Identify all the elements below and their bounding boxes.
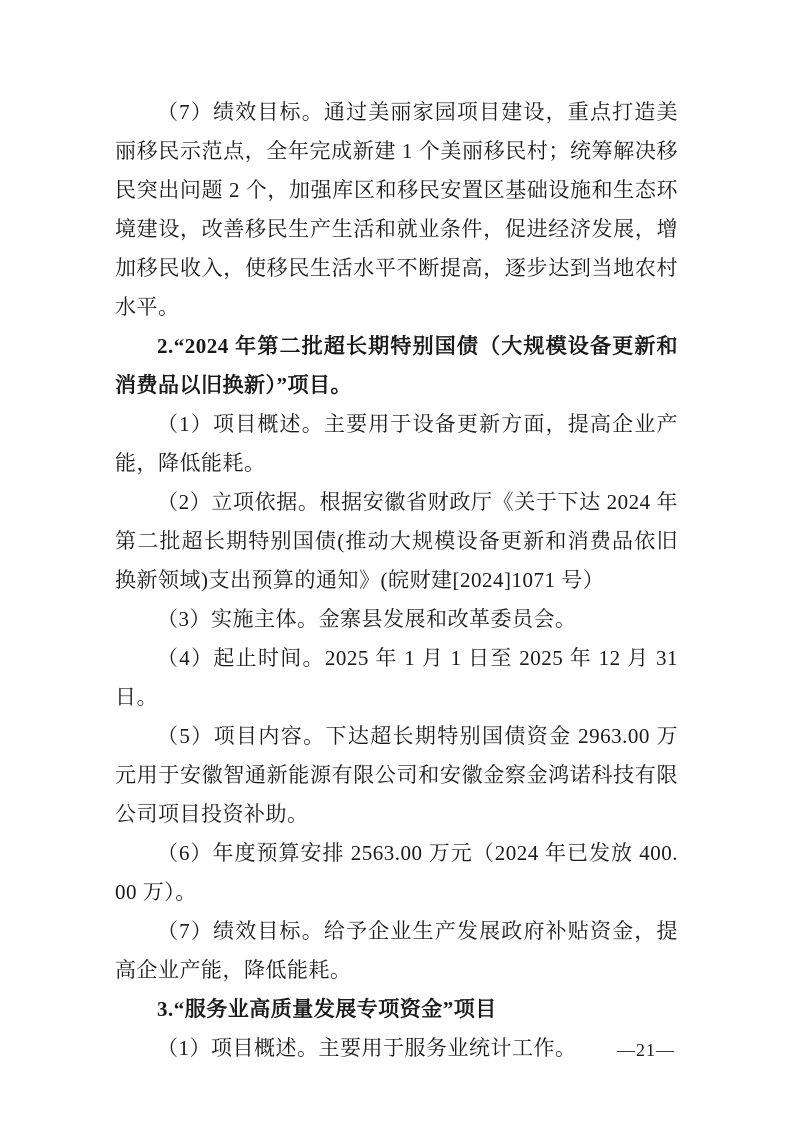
paragraph-project2-basis: （2）立项依据。根据安徽省财政厅《关于下达 2024 年第二批超长期特别国债(推… — [115, 483, 678, 600]
paragraph-project2-overview: （1）项目概述。主要用于设备更新方面，提高企业产能，降低能耗。 — [115, 405, 678, 483]
paragraph-project2-content: （5）项目内容。下达超长期特别国债资金 2963.00 万元用于安徽智通新能源有… — [115, 717, 678, 834]
document-page: （7）绩效目标。通过美丽家园项目建设，重点打造美丽移民示范点，全年完成新建 1 … — [0, 0, 793, 1122]
paragraph-performance-goal-project1: （7）绩效目标。通过美丽家园项目建设，重点打造美丽移民示范点，全年完成新建 1 … — [115, 93, 678, 327]
paragraph-project2-duration: （4）起止时间。2025 年 1 月 1 日至 2025 年 12 月 31 日… — [115, 639, 678, 717]
section-heading-project-2: 2.“2024 年第二批超长期特别国债（大规模设备更新和消费品以旧换新）”项目。 — [115, 327, 678, 405]
section-heading-project-3: 3.“服务业高质量发展专项资金”项目 — [115, 990, 678, 1029]
paragraph-project2-implementer: （3）实施主体。金寨县发展和改革委员会。 — [115, 600, 678, 639]
paragraph-project3-overview: （1）项目概述。主要用于服务业统计工作。 — [115, 1029, 678, 1068]
paragraph-project2-budget: （6）年度预算安排 2563.00 万元（2024 年已发放 400.00 万）… — [115, 834, 678, 912]
document-body: （7）绩效目标。通过美丽家园项目建设，重点打造美丽移民示范点，全年完成新建 1 … — [115, 93, 678, 1068]
paragraph-project2-performance-goal: （7）绩效目标。给予企业生产发展政府补贴资金，提高企业产能，降低能耗。 — [115, 912, 678, 990]
page-number: —21— — [617, 1038, 675, 1062]
